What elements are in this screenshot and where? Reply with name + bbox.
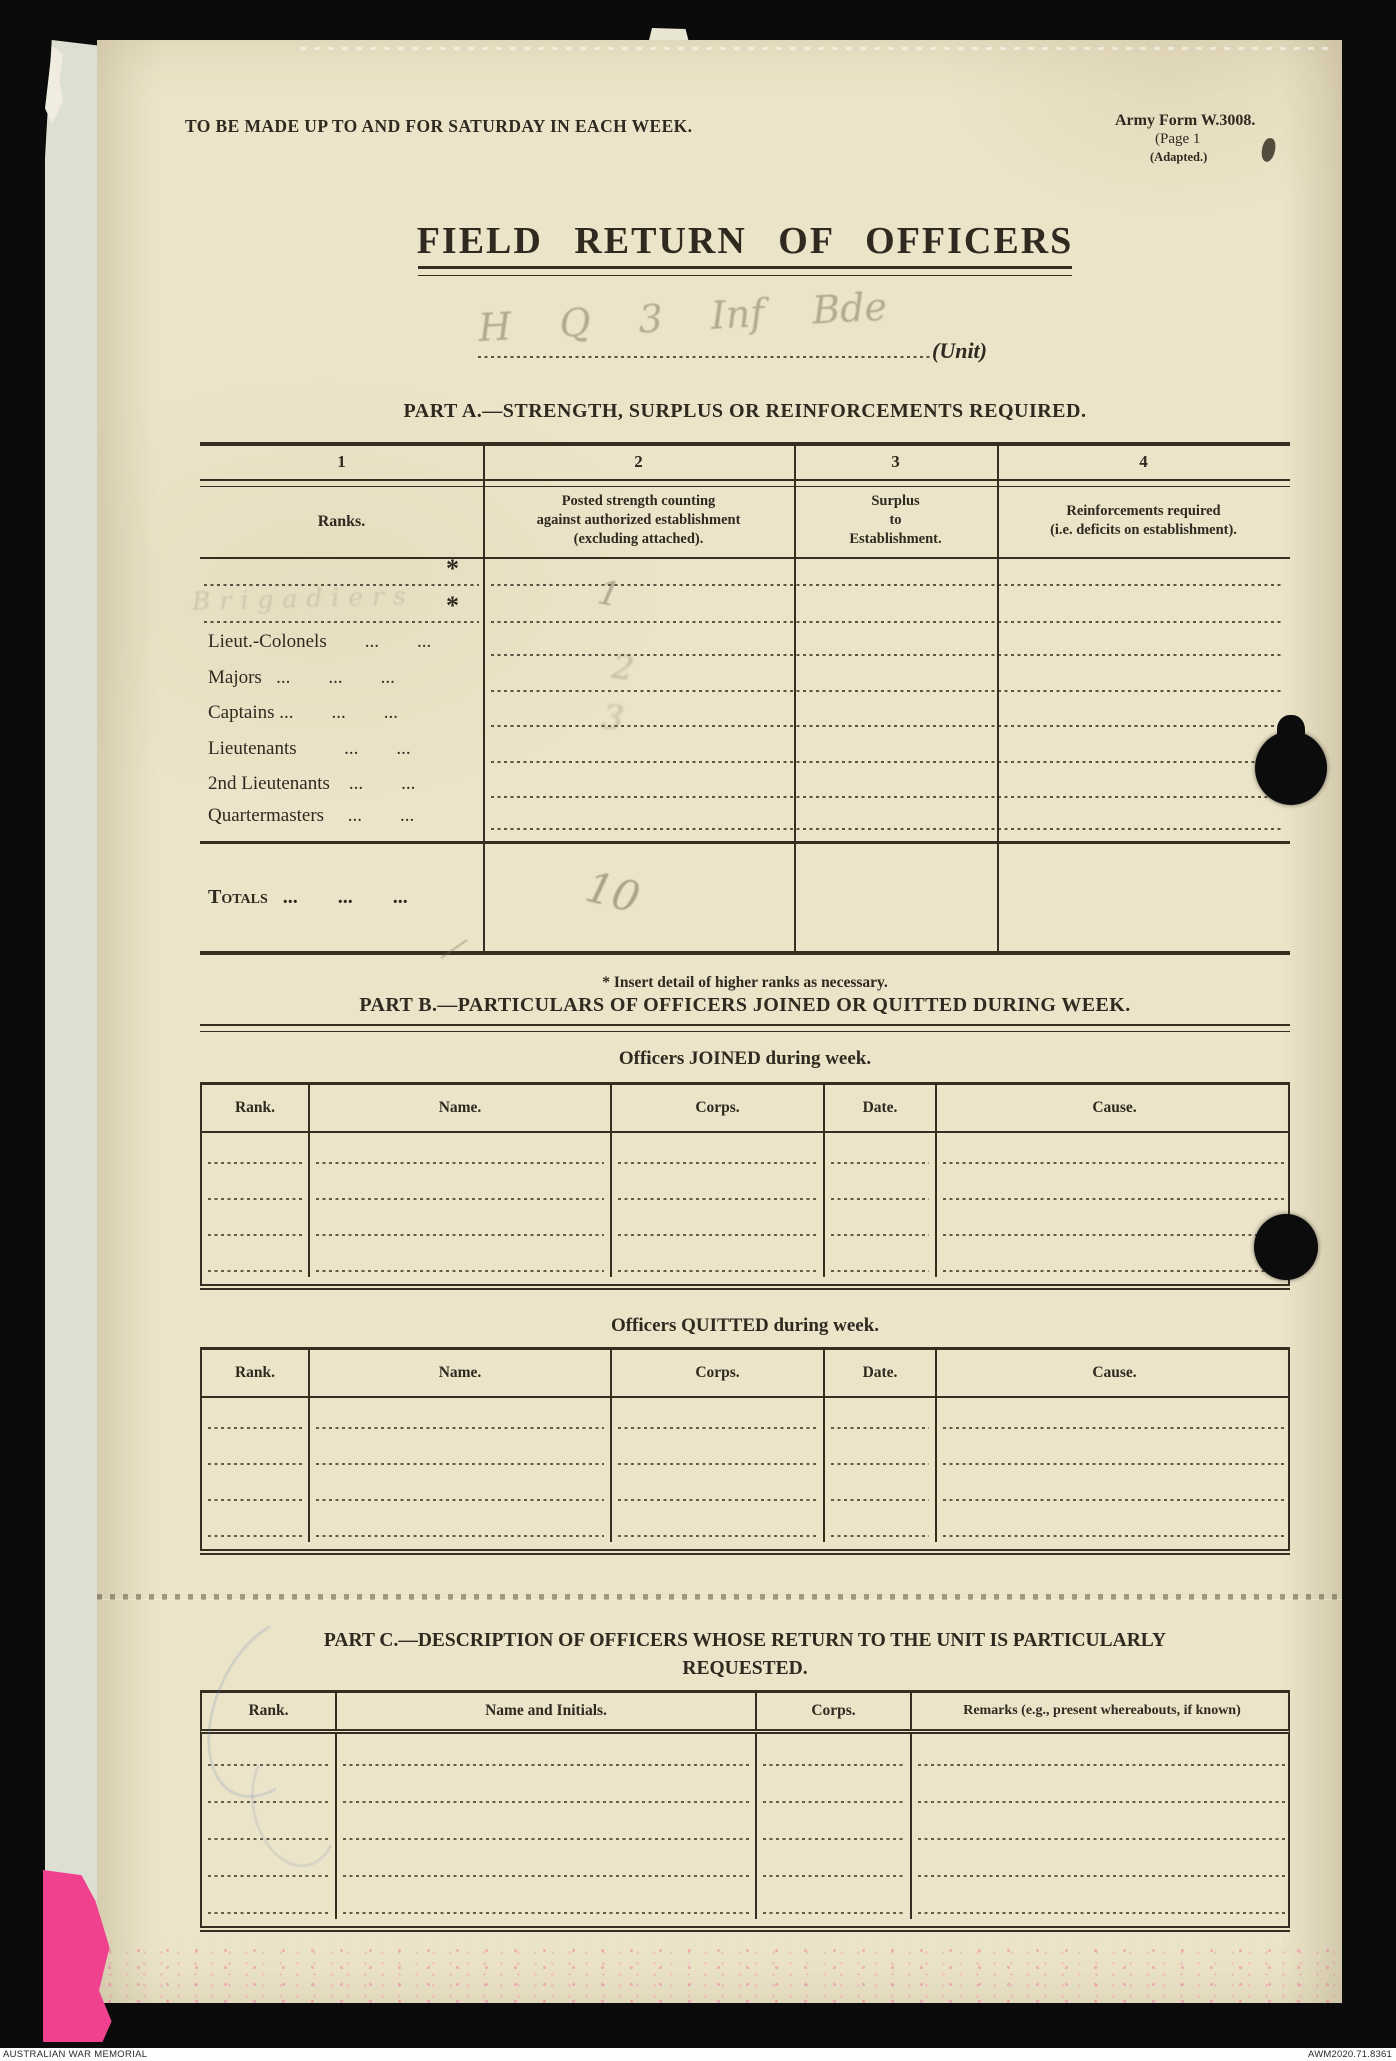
header-posted-line2: against authorized establishment — [483, 511, 794, 530]
punch-hole — [1255, 731, 1327, 805]
form-reference-line3: (Adapted.) — [1150, 150, 1207, 165]
dotted-row — [491, 690, 1283, 692]
footnote-star: * — [446, 597, 459, 615]
header-rule — [200, 479, 1290, 487]
dotted-row — [491, 796, 1283, 798]
unit-dotted-line — [478, 356, 930, 358]
table-row — [200, 1808, 1290, 1845]
officers-quitted-table: Rank. Name. Corps. Date. Cause. — [200, 1347, 1290, 1555]
rank-label: Captains ... ... ... — [208, 702, 398, 724]
pink-speckle-band — [95, 1942, 1335, 2004]
part-b-rule — [200, 1024, 1290, 1032]
rank-label: Quartermasters ... ... — [208, 805, 414, 827]
rank-label: Majors ... ... ... — [208, 667, 395, 689]
table-row — [200, 1882, 1290, 1919]
footnote-star: * — [446, 560, 459, 578]
column-number-1: 1 — [200, 452, 483, 472]
table-row — [200, 1205, 1290, 1241]
dotted-row — [491, 828, 1283, 830]
table-row — [200, 1398, 1290, 1434]
table-row — [200, 1771, 1290, 1808]
rank-label: 2nd Lieutenants ... ... — [208, 773, 415, 795]
part-a-table: 1 2 3 4 Ranks. Posted strength counting … — [200, 442, 1290, 955]
table-row — [200, 1506, 1290, 1542]
part-c-col-remarks: Remarks (e.g., present whereabouts, if k… — [912, 1693, 1292, 1729]
part-c-col-corps: Corps. — [757, 1693, 912, 1729]
totals-top-rule — [200, 841, 1290, 844]
part-c-table: Rank. Name and Initials. Corps. Remarks … — [200, 1690, 1290, 1932]
joined-col-rank: Rank. — [202, 1085, 310, 1131]
quitted-col-rank: Rank. — [202, 1350, 310, 1396]
part-c-header-row: Rank. Name and Initials. Corps. Remarks … — [200, 1693, 1290, 1734]
joined-col-corps: Corps. — [612, 1085, 825, 1131]
joined-col-cause: Cause. — [937, 1085, 1292, 1131]
archive-name: AUSTRALIAN WAR MEMORIAL — [3, 2048, 147, 2061]
officers-quitted-title: Officers QUITTED during week. — [200, 1315, 1290, 1337]
punch-hole — [1254, 1214, 1318, 1280]
quitted-col-cause: Cause. — [937, 1350, 1292, 1396]
dotted-row — [204, 621, 479, 623]
table-row — [200, 1734, 1290, 1771]
dotted-row — [491, 761, 1283, 763]
joined-col-date: Date. — [825, 1085, 937, 1131]
header-surplus-line2: to — [794, 511, 997, 530]
perforation-line — [97, 1594, 1342, 1600]
form-reference-line2: (Page 1 — [1155, 131, 1200, 148]
column-number-4: 4 — [997, 452, 1290, 472]
column-number-2: 2 — [483, 452, 794, 472]
header-posted-line1: Posted strength counting — [483, 492, 794, 511]
joined-header-row: Rank. Name. Corps. Date. Cause. — [200, 1085, 1290, 1133]
archive-id: AWM2020.71.8361 — [1308, 2048, 1392, 2061]
totals-label: Totals ... ... ... — [208, 886, 408, 909]
table-row — [200, 1133, 1290, 1169]
part-a-heading: PART A.—STRENGTH, SURPLUS OR REINFORCEME… — [200, 400, 1290, 423]
top-instruction: TO BE MADE UP TO AND FOR SATURDAY IN EAC… — [185, 116, 692, 137]
quitted-col-name: Name. — [310, 1350, 612, 1396]
quitted-col-date: Date. — [825, 1350, 937, 1396]
table-padding — [200, 1542, 1290, 1549]
header-surplus-line1: Surplus — [794, 492, 997, 511]
handwritten-posted-3: 3 — [600, 697, 626, 739]
table-padding — [200, 1919, 1290, 1926]
quitted-header-row: Rank. Name. Corps. Date. Cause. — [200, 1350, 1290, 1398]
officers-joined-table: Rank. Name. Corps. Date. Cause. — [200, 1082, 1290, 1290]
scanned-form-page: TO BE MADE UP TO AND FOR SATURDAY IN EAC… — [0, 0, 1396, 2061]
dotted-row — [491, 621, 1283, 623]
column-number-3: 3 — [794, 452, 997, 472]
rank-label: Lieutenants ... ... — [208, 738, 411, 760]
header-reinforcements-line2: (i.e. deficits on establishment). — [997, 521, 1290, 540]
joined-col-name: Name. — [310, 1085, 612, 1131]
top-perforation — [300, 47, 1330, 50]
part-a-footnote: * Insert detail of higher ranks as neces… — [345, 974, 1145, 992]
under-page-edge — [45, 40, 101, 1998]
header-surplus-line3: Establishment. — [794, 530, 997, 549]
handwritten-brigadiers: Brigadiers — [192, 581, 415, 616]
rank-label: Lieut.-Colonels ... ... — [208, 631, 431, 653]
form-reference-line1: Army Form W.3008. — [1115, 112, 1255, 130]
page-title: FIELD RETURN OF OFFICERS — [400, 219, 1090, 263]
title-underline — [418, 266, 1072, 276]
header-posted-line3: (excluding attached). — [483, 530, 794, 549]
table-padding — [200, 1277, 1290, 1284]
part-c-col-name: Name and Initials. — [337, 1693, 757, 1729]
table-row — [200, 1241, 1290, 1277]
quitted-col-corps: Corps. — [612, 1350, 825, 1396]
table-row — [200, 1434, 1290, 1470]
dotted-row — [491, 654, 1283, 656]
table-row — [200, 1470, 1290, 1506]
officers-joined-title: Officers JOINED during week. — [200, 1048, 1290, 1070]
table-row — [200, 1845, 1290, 1882]
part-b-heading: PART B.—PARTICULARS OF OFFICERS JOINED O… — [200, 994, 1290, 1017]
header-ranks: Ranks. — [200, 512, 483, 531]
archive-footer: AUSTRALIAN WAR MEMORIAL AWM2020.71.8361 — [0, 2048, 1396, 2061]
unit-label: (Unit) — [932, 338, 987, 364]
header-reinforcements-line1: Reinforcements required — [997, 502, 1290, 521]
header-bottom-rule — [200, 557, 1290, 559]
table-row — [200, 1169, 1290, 1205]
